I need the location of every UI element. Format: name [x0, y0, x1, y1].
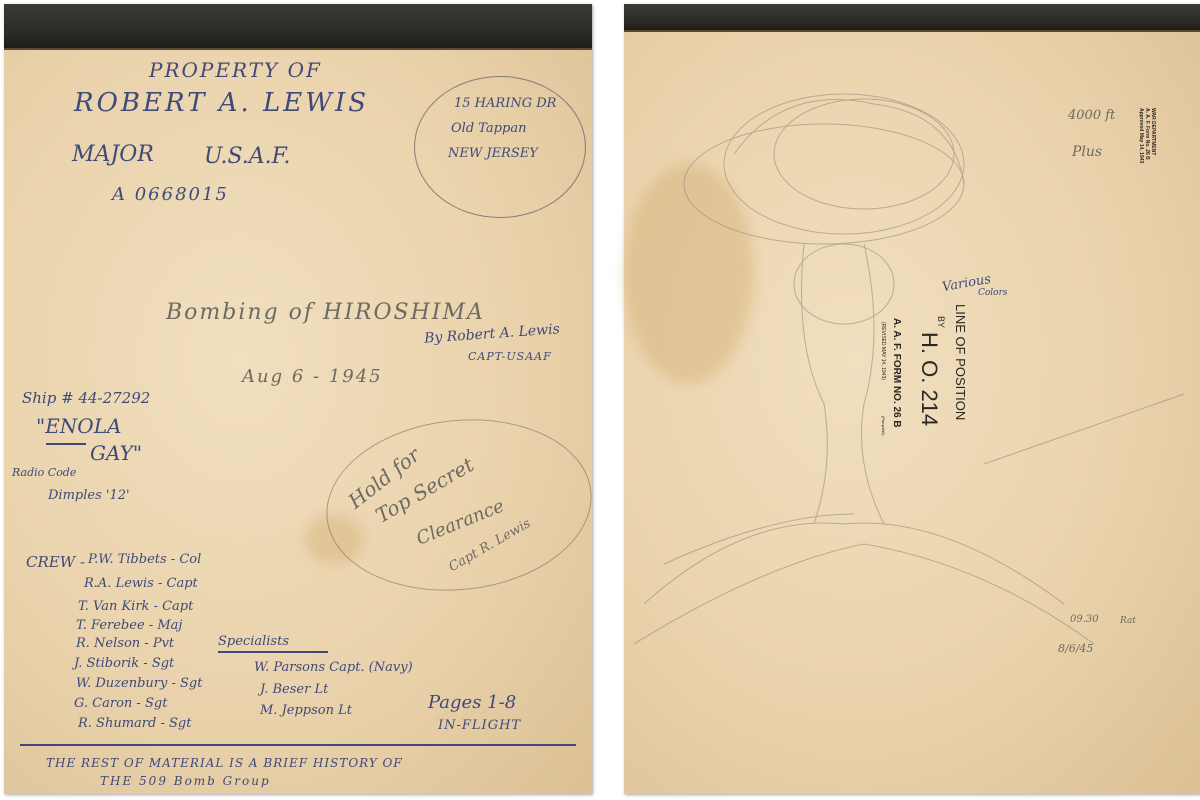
form-revised: (REVISED MAY 14, 1943)	[880, 322, 886, 380]
service: U.S.A.F.	[204, 144, 291, 169]
dept-line-3: Approved May 14, 1943	[1138, 108, 1144, 163]
crew-member: R. Shumard - Sgt	[78, 714, 191, 734]
dept-line-1: WAR DEPARTMENT	[1150, 108, 1156, 155]
ship-name-line-2: GAY"	[90, 441, 142, 465]
radio-code-value: Dimples '12'	[48, 488, 130, 503]
crew-member: W. Duzenbury - Sgt	[76, 674, 202, 694]
mushroom-cloud-sketch	[624, 44, 1200, 784]
ship-name-line-1: "ENOLA	[36, 414, 121, 438]
radio-code-label: Radio Code	[12, 466, 76, 479]
form-number: A. A. F. FORM NO. 26 B	[891, 318, 902, 428]
form-small-print: (Pamphlet)	[881, 416, 886, 436]
crew-member: J. Stiborik - Sgt	[74, 654, 174, 674]
pages-note: Pages 1-8	[428, 692, 516, 713]
byline-rank: CAPT-USAAF	[468, 350, 552, 363]
crew-member: R.A. Lewis - Capt	[84, 574, 198, 594]
property-line: PROPERTY OF	[149, 58, 322, 82]
pages-note-2: IN-FLIGHT	[438, 718, 521, 733]
ship-name-underline	[46, 443, 86, 445]
form-by: BY	[936, 316, 946, 328]
crew-member: G. Caron - Sgt	[74, 694, 167, 714]
date-note: 8/6/45	[1058, 642, 1093, 655]
address-line-3: NEW JERSEY	[448, 146, 538, 161]
binding-spine	[4, 4, 592, 50]
corner-note-2: Plus	[1072, 144, 1102, 160]
form-method: H. O. 214	[916, 332, 942, 426]
byline: By Robert A. Lewis	[424, 321, 561, 346]
form-title: LINE OF POSITION	[953, 304, 968, 420]
specialists-underline	[218, 651, 328, 653]
crew-member: R. Nelson - Pvt	[76, 634, 174, 654]
left-notebook-cover: PROPERTY OF ROBERT A. LEWIS MAJOR U.S.A.…	[4, 4, 592, 794]
footer-line-1: THE REST OF MATERIAL IS A BRIEF HISTORY …	[46, 756, 403, 770]
footer-line-2: THE 509 Bomb Group	[100, 774, 271, 788]
document-title: Bombing of HIROSHIMA	[166, 300, 485, 325]
crew-label: CREW -	[26, 552, 85, 572]
binding-spine	[624, 4, 1200, 32]
address-line-1: 15 HARING DR	[454, 96, 556, 111]
crew-member: T. Ferebee - Maj	[76, 616, 182, 636]
corner-note-1: 4000 ft	[1068, 108, 1115, 123]
specialist: W. Parsons Capt. (Navy)	[254, 658, 413, 678]
right-notebook-cover: LINE OF POSITION BY H. O. 214 A. A. F. F…	[624, 4, 1200, 794]
rank: MAJOR	[72, 142, 154, 167]
mission-date: Aug 6 - 1945	[242, 366, 383, 387]
divider-line	[20, 744, 576, 746]
dept-line-2: A. A. F. Form No. 26 B	[1144, 108, 1150, 160]
time-note: 09.30	[1070, 614, 1099, 625]
address-line-2: Old Tappan	[451, 121, 526, 136]
specialists-label: Specialists	[218, 632, 289, 652]
owner-name: ROBERT A. LEWIS	[74, 88, 369, 118]
specialist: M. Jeppson Lt	[260, 701, 352, 721]
crew-member: P.W. Tibbets - Col	[88, 550, 201, 570]
crew-member: T. Van Kirk - Capt	[78, 597, 193, 617]
colors-note: Colors	[978, 288, 1008, 298]
service-number: A 0668015	[112, 184, 229, 205]
specialist: J. Beser Lt	[260, 680, 328, 700]
time-suffix: Rat	[1120, 616, 1136, 626]
ship-number: Ship # 44-27292	[22, 389, 150, 407]
